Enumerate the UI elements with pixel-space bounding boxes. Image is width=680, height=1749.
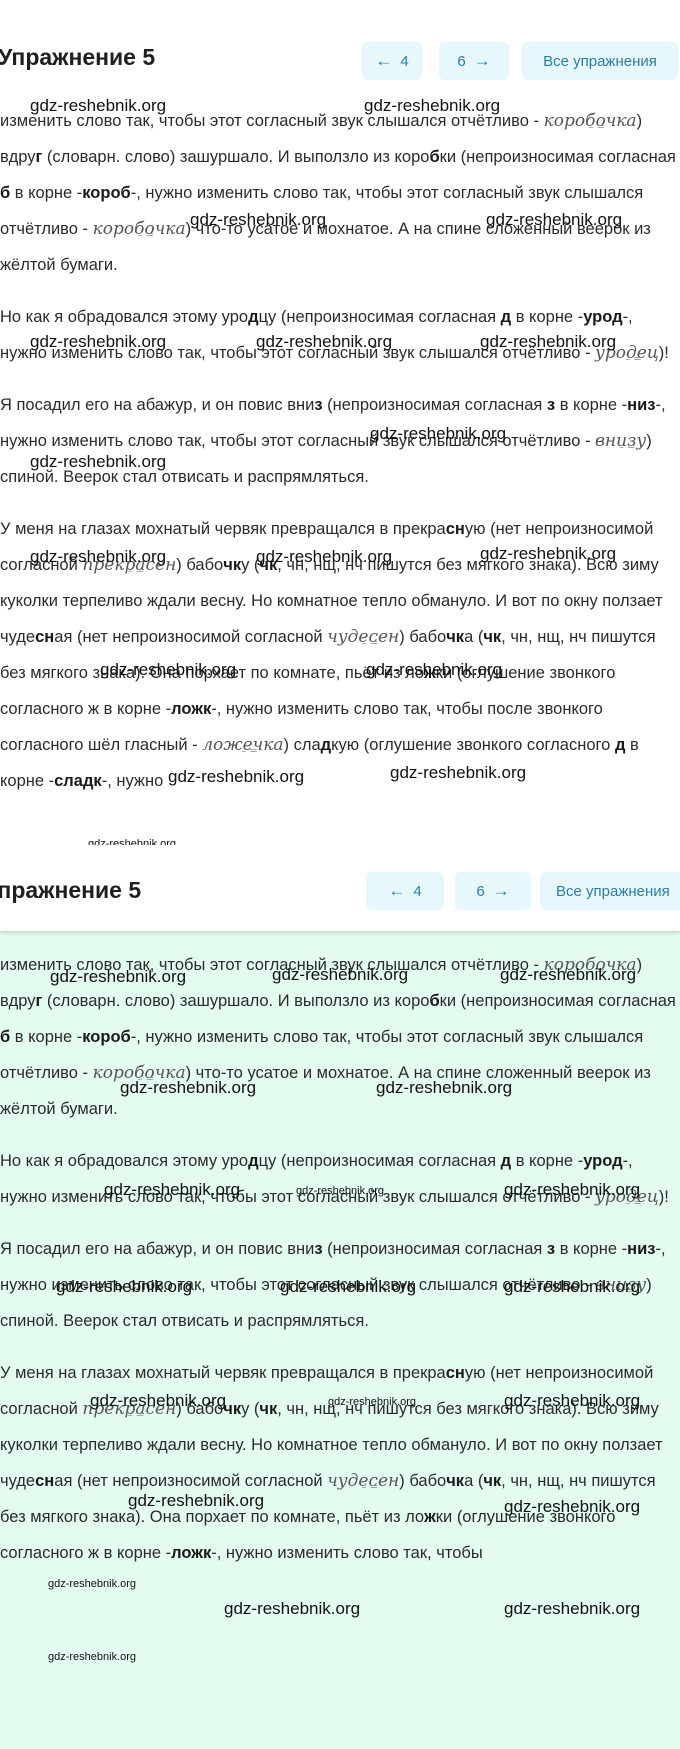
watermark: gdz-reshebnik.org: [504, 1497, 640, 1517]
watermark: gdz-reshebnik.org: [128, 1491, 264, 1511]
exercise-header-sticky: Упражнение 5 ← 4 6 → Все упражнения: [0, 845, 680, 931]
watermark: gdz-reshebnik.org: [504, 1391, 640, 1411]
arrow-left-icon: ←: [375, 51, 392, 71]
check-word: коробочка: [93, 211, 186, 247]
check-word: внизу: [595, 423, 646, 459]
watermark: gdz-reshebnik.org: [30, 547, 166, 567]
watermark: gdz-reshebnik.org: [50, 967, 186, 987]
watermark: gdz-reshebnik.org: [504, 1277, 640, 1297]
watermark: gdz-reshebnik.org: [56, 1277, 192, 1297]
all-exercises-label: Все упражнения: [556, 883, 670, 900]
watermark: gdz-reshebnik.org: [376, 1078, 512, 1098]
solution-text: изменить слово так, чтобы этот согласный…: [0, 947, 680, 1587]
watermark: gdz-reshebnik.org: [390, 763, 526, 783]
page-title: Упражнение 5: [0, 877, 141, 904]
arrow-right-icon: →: [493, 881, 510, 901]
next-exercise-button[interactable]: 6 →: [455, 872, 531, 910]
watermark: gdz-reshebnik.org: [256, 547, 392, 567]
prev-exercise-button[interactable]: ← 4: [366, 872, 444, 910]
next-exercise-label: 6: [476, 883, 484, 900]
watermark: gdz-reshebnik.org: [480, 544, 616, 564]
watermark: gdz-reshebnik.org: [272, 965, 408, 985]
watermark: gdz-reshebnik.org: [100, 660, 236, 680]
all-exercises-button[interactable]: Все упражнения: [540, 872, 680, 910]
watermark: gdz-reshebnik.org: [168, 767, 304, 787]
watermark: gdz-reshebnik.org: [500, 965, 636, 985]
watermark: gdz-reshebnik.org: [364, 96, 500, 116]
arrow-left-icon: ←: [388, 881, 405, 901]
page-title: Упражнение 5: [0, 44, 155, 71]
solution-paragraph: изменить слово так, чтобы этот согласный…: [0, 103, 680, 283]
watermark: gdz-reshebnik.org: [256, 332, 392, 352]
watermark: gdz-reshebnik.org: [30, 332, 166, 352]
watermark: gdz-reshebnik.org: [504, 1599, 640, 1619]
solution-paragraph: Я посадил его на абажур, и он повис вниз…: [0, 387, 680, 495]
watermark: gdz-reshebnik.org: [328, 1396, 416, 1408]
watermark: gdz-reshebnik.org: [48, 1651, 136, 1663]
watermark: gdz-reshebnik.org: [190, 210, 326, 230]
prev-exercise-label: 4: [413, 883, 421, 900]
watermark: gdz-reshebnik.org: [296, 1185, 384, 1197]
exercise-panel-1: Упражнение 5 ← 4 6 → Все упражнения изме…: [0, 0, 680, 845]
all-exercises-label: Все упражнения: [543, 53, 657, 70]
check-word: чудесен: [327, 1463, 399, 1499]
watermark: gdz-reshebnik.org: [90, 1391, 226, 1411]
all-exercises-button[interactable]: Все упражнения: [522, 42, 678, 80]
watermark: gdz-reshebnik.org: [480, 332, 616, 352]
watermark: gdz-reshebnik.org: [370, 424, 506, 444]
check-word: ложечка: [202, 727, 283, 763]
watermark: gdz-reshebnik.org: [88, 838, 176, 845]
arrow-right-icon: →: [474, 51, 491, 71]
next-exercise-label: 6: [457, 53, 465, 70]
watermark: gdz-reshebnik.org: [48, 1578, 136, 1590]
solution-paragraph: Но как я обрадовался этому уродцу (непро…: [0, 1143, 680, 1215]
watermark: gdz-reshebnik.org: [504, 1180, 640, 1200]
watermark: gdz-reshebnik.org: [280, 1277, 416, 1297]
watermark: gdz-reshebnik.org: [30, 96, 166, 116]
check-word: коробочка: [544, 103, 637, 139]
check-word: чудесен: [327, 619, 399, 655]
watermark: gdz-reshebnik.org: [104, 1180, 240, 1200]
prev-exercise-button[interactable]: ← 4: [362, 42, 422, 80]
exercise-panel-2: изменить слово так, чтобы этот согласный…: [0, 845, 680, 1749]
watermark: gdz-reshebnik.org: [30, 452, 166, 472]
prev-exercise-label: 4: [400, 53, 408, 70]
solution-paragraph: У меня на глазах мохнатый червяк превращ…: [0, 1355, 680, 1571]
watermark: gdz-reshebnik.org: [366, 660, 502, 680]
watermark: gdz-reshebnik.org: [486, 210, 622, 230]
exercise-header: Упражнение 5 ← 4 6 → Все упражнения: [0, 30, 680, 88]
next-exercise-button[interactable]: 6 →: [439, 42, 509, 80]
watermark: gdz-reshebnik.org: [120, 1078, 256, 1098]
watermark: gdz-reshebnik.org: [224, 1599, 360, 1619]
